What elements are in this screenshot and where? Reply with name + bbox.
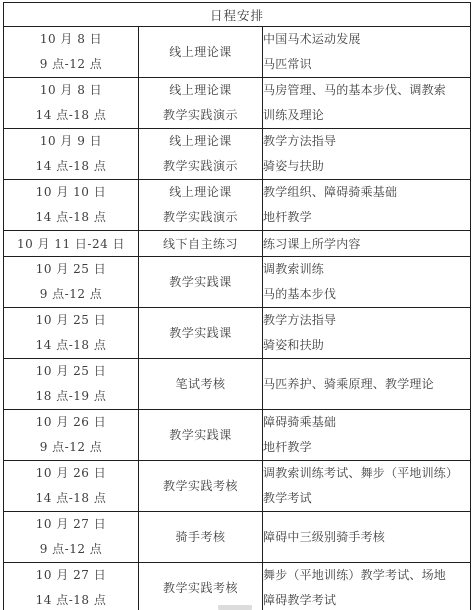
schedule-date-line: 10 月 8 日 [4,27,138,52]
schedule-cell-type: 教学实践课 [139,257,263,308]
table-row: 10 月 9 日14 点-18 点线上理论课教学实践演示教学方法指导骑姿与扶助 [4,129,471,180]
schedule-date-line: 10 月 26 日 [4,461,138,486]
schedule-date-line: 10 月 27 日 [4,512,138,537]
schedule-type-line: 教学实践演示 [139,205,262,230]
schedule-content-line: 调教索训练考试、舞步（平地训练） [263,461,470,486]
schedule-content-line: 马匹常识 [263,52,470,77]
table-row: 10 月 26 日9 点-12 点教学实践课障碍骑乘基础地杆教学 [4,410,471,461]
table-row: 10 月 27 日9 点-12 点骑手考核障碍中三级别骑手考核 [4,512,471,563]
table-row: 10 月 25 日9 点-12 点教学实践课调教索训练马的基本步伐 [4,257,471,308]
schedule-content-line: 地杆教学 [263,435,470,460]
schedule-content-line: 骑姿与扶助 [263,154,470,179]
schedule-date-line: 14 点-18 点 [4,205,138,230]
schedule-content-line: 障碍骑乘基础 [263,410,470,435]
schedule-cell-date: 10 月 25 日9 点-12 点 [4,257,139,308]
schedule-content-line: 舞步（平地训练）教学考试、场地 [263,563,470,588]
schedule-cell-content: 障碍中三级别骑手考核 [263,512,471,563]
schedule-content-line: 教学考试 [263,486,470,511]
schedule-cell-type: 教学实践考核 [139,461,263,512]
schedule-date-line: 10 月 10 日 [4,180,138,205]
schedule-cell-content: 舞步（平地训练）教学考试、场地障碍教学考试 [263,563,471,610]
schedule-table: 日程安排 10 月 8 日9 点-12 点线上理论课中国马术运动发展马匹常识10… [3,2,471,610]
table-row: 10 月 25 日14 点-18 点教学实践课教学方法指导骑姿和扶助 [4,308,471,359]
schedule-cell-type: 骑手考核 [139,512,263,563]
schedule-cell-content: 教学组织、障碍骑乘基础地杆教学 [263,180,471,231]
schedule-cell-content: 障碍骑乘基础地杆教学 [263,410,471,461]
schedule-cell-content: 调教索训练考试、舞步（平地训练）教学考试 [263,461,471,512]
schedule-cell-content: 练习课上所学内容 [263,231,471,257]
schedule-date-line: 18 点-19 点 [4,384,138,409]
schedule-cell-type: 线上理论课教学实践演示 [139,180,263,231]
schedule-cell-date: 10 月 27 日9 点-12 点 [4,512,139,563]
schedule-date-line: 10 月 25 日 [4,308,138,333]
schedule-cell-type: 教学实践考核 [139,563,263,610]
table-row: 10 月 27 日14 点-18 点教学实践考核舞步（平地训练）教学考试、场地障… [4,563,471,610]
schedule-cell-date: 10 月 25 日18 点-19 点 [4,359,139,410]
schedule-type-line: 教学实践课 [139,321,262,346]
schedule-content-line: 调教索训练 [263,257,470,282]
schedule-cell-date: 10 月 27 日14 点-18 点 [4,563,139,610]
schedule-type-line: 教学实践课 [139,423,262,448]
schedule-cell-content: 马匹养护、骑乘原理、教学理论 [263,359,471,410]
table-row: 10 月 8 日14 点-18 点线上理论课教学实践演示马房管理、马的基本步伐、… [4,78,471,129]
schedule-content-line: 教学组织、障碍骑乘基础 [263,180,470,205]
schedule-type-line: 教学实践考核 [139,474,262,499]
schedule-date-line: 14 点-18 点 [4,154,138,179]
schedule-date-line: 10 月 9 日 [4,129,138,154]
schedule-cell-date: 10 月 8 日9 点-12 点 [4,27,139,78]
schedule-type-line: 线下自主练习 [139,232,262,256]
schedule-date-line: 9 点-12 点 [4,52,138,77]
schedule-type-line: 线上理论课 [139,129,262,154]
schedule-content-line: 障碍教学考试 [263,588,470,610]
table-row: 10 月 26 日14 点-18 点教学实践考核调教索训练考试、舞步（平地训练）… [4,461,471,512]
table-row: 10 月 25 日18 点-19 点笔试考核马匹养护、骑乘原理、教学理论 [4,359,471,410]
schedule-content-line: 障碍中三级别骑手考核 [263,525,470,550]
schedule-content-line: 地杆教学 [263,205,470,230]
schedule-type-line: 线上理论课 [139,78,262,103]
schedule-date-line: 14 点-18 点 [4,103,138,128]
schedule-cell-content: 教学方法指导骑姿和扶助 [263,308,471,359]
schedule-content-line: 练习课上所学内容 [263,232,470,256]
schedule-type-line: 骑手考核 [139,525,262,550]
table-row: 10 月 10 日14 点-18 点线上理论课教学实践演示教学组织、障碍骑乘基础… [4,180,471,231]
schedule-date-line: 9 点-12 点 [4,282,138,307]
schedule-cell-date: 10 月 8 日14 点-18 点 [4,78,139,129]
schedule-type-line: 教学实践演示 [139,154,262,179]
schedule-content-line: 马匹养护、骑乘原理、教学理论 [263,372,470,397]
schedule-cell-date: 10 月 9 日14 点-18 点 [4,129,139,180]
schedule-date-line: 10 月 25 日 [4,257,138,282]
schedule-cell-type: 线上理论课教学实践演示 [139,78,263,129]
schedule-date-line: 10 月 27 日 [4,563,138,588]
schedule-type-line: 线上理论课 [139,180,262,205]
schedule-content-line: 马房管理、马的基本步伐、调教索 [263,78,470,103]
schedule-cell-type: 教学实践课 [139,410,263,461]
schedule-cell-type: 教学实践课 [139,308,263,359]
schedule-cell-content: 教学方法指导骑姿与扶助 [263,129,471,180]
schedule-cell-type: 线上理论课 [139,27,263,78]
table-title-row: 日程安排 [4,3,471,27]
schedule-content-line: 教学方法指导 [263,129,470,154]
page-title: 日程安排 [4,3,471,27]
schedule-date-line: 10 月 8 日 [4,78,138,103]
schedule-content-line: 教学方法指导 [263,308,470,333]
schedule-cell-date: 10 月 26 日9 点-12 点 [4,410,139,461]
table-row: 10 月 8 日9 点-12 点线上理论课中国马术运动发展马匹常识 [4,27,471,78]
schedule-date-line: 14 点-18 点 [4,486,138,511]
schedule-type-line: 教学实践课 [139,270,262,295]
schedule-date-line: 14 点-18 点 [4,588,138,610]
schedule-type-line: 教学实践考核 [139,576,262,601]
schedule-type-line: 教学实践演示 [139,103,262,128]
schedule-type-line: 线上理论课 [139,40,262,65]
schedule-date-line: 10 月 26 日 [4,410,138,435]
schedule-type-line: 笔试考核 [139,372,262,397]
schedule-cell-date: 10 月 25 日14 点-18 点 [4,308,139,359]
schedule-cell-type: 笔试考核 [139,359,263,410]
schedule-cell-type: 线上理论课教学实践演示 [139,129,263,180]
bottom-artifact [218,605,252,610]
schedule-date-line: 10 月 25 日 [4,359,138,384]
schedule-cell-date: 10 月 10 日14 点-18 点 [4,180,139,231]
schedule-cell-content: 马房管理、马的基本步伐、调教索训练及理论 [263,78,471,129]
schedule-date-line: 10 月 11 日-24 日 [4,232,138,256]
schedule-content-line: 中国马术运动发展 [263,27,470,52]
schedule-cell-content: 中国马术运动发展马匹常识 [263,27,471,78]
schedule-cell-date: 10 月 11 日-24 日 [4,231,139,257]
schedule-content-line: 骑姿和扶助 [263,333,470,358]
schedule-content-line: 训练及理论 [263,103,470,128]
schedule-date-line: 9 点-12 点 [4,435,138,460]
schedule-date-line: 9 点-12 点 [4,537,138,562]
table-row: 10 月 11 日-24 日线下自主练习练习课上所学内容 [4,231,471,257]
schedule-cell-date: 10 月 26 日14 点-18 点 [4,461,139,512]
schedule-cell-type: 线下自主练习 [139,231,263,257]
schedule-content-line: 马的基本步伐 [263,282,470,307]
schedule-date-line: 14 点-18 点 [4,333,138,358]
schedule-cell-content: 调教索训练马的基本步伐 [263,257,471,308]
